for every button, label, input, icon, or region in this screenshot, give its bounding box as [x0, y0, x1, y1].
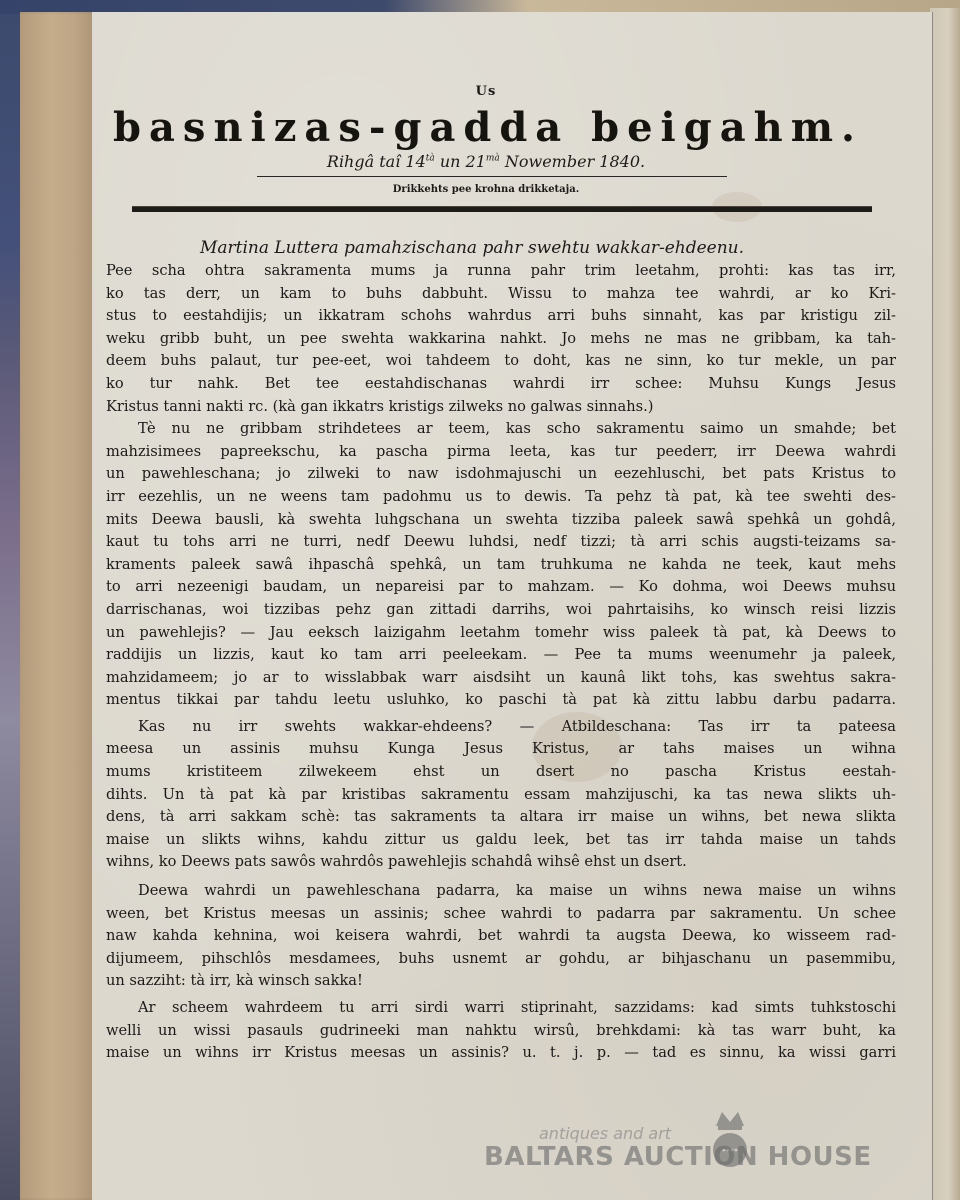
text-line: raddijis un lizzis, kaut ko tam arri pee… — [106, 644, 896, 667]
dateline: Rihgâ taî 14tà un 21mà Nowember 1840. — [66, 152, 906, 171]
text-line: un pawehlejis? — Jau eeksch laizigahm le… — [106, 622, 896, 645]
masthead-divider — [132, 206, 872, 212]
page-content: Us basnizas-gadda beigahm. Rihgâ taî 14t… — [92, 12, 932, 1200]
dateline-middle: un 21 — [435, 152, 486, 171]
text-line: ween, bet Kristus meesas un assinis; sch… — [106, 903, 896, 926]
watermark-name: BALTARS AUCTION HOUSE — [484, 1142, 872, 1172]
newspaper-page: Us basnizas-gadda beigahm. Rihgâ taî 14t… — [92, 12, 933, 1200]
text-line: mahzisimees papreekschu, ka pascha pirma… — [106, 441, 896, 464]
dateline-rule — [257, 176, 727, 177]
text-line: dijumeem, pihschlôs mesdamees, buhs usne… — [106, 948, 896, 971]
text-line: kraments paleek sawâ ihpaschâ spehkâ, un… — [106, 554, 896, 577]
text-line: Deewa wahrdi un pawehleschana padarra, k… — [106, 880, 896, 903]
text-line: un sazziht: tà irr, kà winsch sakka! — [106, 970, 896, 993]
printer-credit: Drikkehts pee krohna drikketaja. — [66, 184, 906, 195]
text-line: weku gribb buht, un pee swehta wakkarina… — [106, 328, 896, 351]
article-body: Pee scha ohtra sakramenta mums ja runna … — [106, 260, 896, 1065]
text-line: kaut tu tohs arri ne turri, nedf Deewu l… — [106, 531, 896, 554]
dateline-prefix: Rihgâ taî 14 — [327, 152, 426, 171]
text-line: ko tur nahk. Bet tee eestahdischanas wah… — [106, 373, 896, 396]
dateline-suffix: Nowember 1840. — [500, 152, 645, 171]
text-line: naw kahda kehnina, woi keisera wahrdi, b… — [106, 925, 896, 948]
text-line: to arri nezeenigi baudam, un nepareisi p… — [106, 576, 896, 599]
text-line: maise un slikts wihns, kahdu zittur us g… — [106, 829, 896, 852]
text-line: mums kristiteem zilwekeem ehst un dsert … — [106, 761, 896, 784]
text-line: un pawehleschana; jo zilweki to naw isdo… — [106, 463, 896, 486]
paragraph-3: Kas nu irr swehts wakkar-ehdeens? — Atbi… — [106, 716, 896, 874]
text-line: mahzidameem; jo ar to wisslabbak warr ai… — [106, 667, 896, 690]
text-line: dihts. Un tà pat kà par kristibas sakram… — [106, 784, 896, 807]
paragraph-2: Tè nu ne gribbam strihdetees ar teem, ka… — [106, 418, 896, 712]
masthead-kicker: Us — [66, 84, 906, 99]
text-line: stus to eestahdijis; un ikkatram schohs … — [106, 305, 896, 328]
text-line: irr eezehlis, un ne weens tam padohmu us… — [106, 486, 896, 509]
text-line: Ar scheem wahrdeem tu arri sirdi warri s… — [106, 997, 896, 1020]
text-line: darrischanas, woi tizzibas pehz gan zitt… — [106, 599, 896, 622]
text-line: Kas nu irr swehts wakkar-ehdeens? — Atbi… — [106, 716, 896, 739]
article-title: Martina Luttera pamahzischana pahr sweht… — [52, 238, 892, 258]
paragraph-4: Deewa wahrdi un pawehleschana padarra, k… — [106, 880, 896, 993]
dateline-sup-2: mà — [486, 154, 500, 164]
text-line: Pee scha ohtra sakramenta mums ja runna … — [106, 260, 896, 283]
auction-house-watermark: antiques and art BALTARS AUCTION HOUSE — [484, 1120, 884, 1180]
underlying-page-edge — [930, 8, 960, 1200]
text-line: deem buhs palaut, tur pee-eet, woi tahde… — [106, 350, 896, 373]
text-line: mits Deewa bausli, kà swehta luhgschana … — [106, 509, 896, 532]
text-line: maise un wihns irr Kristus meesas un ass… — [106, 1042, 896, 1065]
text-line: dens, tà arri sakkam schè: tas sakrament… — [106, 806, 896, 829]
text-line: meesa un assinis muhsu Kunga Jesus Krist… — [106, 738, 896, 761]
text-line: wihns, ko Deews pats sawôs wahrdôs paweh… — [106, 851, 896, 874]
text-line: ko tas derr, un kam to buhs dabbuht. Wis… — [106, 283, 896, 306]
text-line: welli un wissi pasauls gudrineeki man na… — [106, 1020, 896, 1043]
paragraph-1: Pee scha ohtra sakramenta mums ja runna … — [106, 260, 896, 418]
paragraph-5: Ar scheem wahrdeem tu arri sirdi warri s… — [106, 997, 896, 1065]
masthead-title: basnizas-gadda beigahm. — [68, 104, 908, 151]
text-line: Tè nu ne gribbam strihdetees ar teem, ka… — [106, 418, 896, 441]
text-line: Kristus tanni nakti rc. (kà gan ikkatrs … — [106, 396, 896, 419]
text-line: mentus tikkai par tahdu leetu usluhko, k… — [106, 689, 896, 712]
dateline-sup-1: tà — [426, 154, 435, 164]
watermark-tagline: antiques and art — [539, 1124, 671, 1143]
